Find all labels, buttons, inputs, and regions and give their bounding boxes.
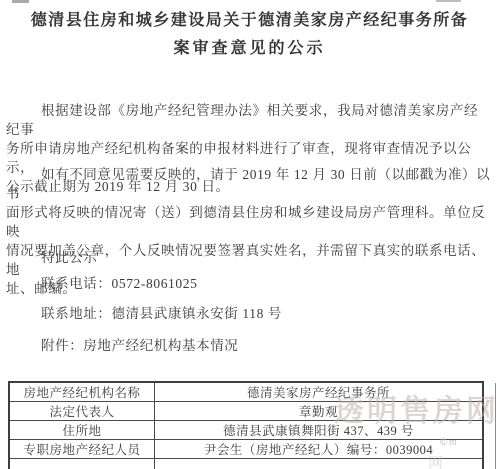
closing-statement: 特此公示: [41, 246, 97, 266]
table-row: 专职房地产经纪人员 尹会生（房地产经纪人）编号：0039004: [9, 440, 483, 459]
cell-value-empty: [155, 459, 484, 469]
paragraph-line: 如有不同意见需要反映的，请于 2019 年 12 月 30 日前（以邮戳为准）以…: [6, 165, 492, 203]
page-title-line1: 德清县住房和城乡建设局关于德清美家房产经纪事务所备: [0, 7, 499, 35]
agency-info-table: 房地产经纪机构名称 德清美家房产经纪事务所 法定代表人 章勤观 住所地 德清县武…: [8, 381, 484, 469]
paragraph-line: 面形式将反映的情况寄（送）到德清县住房和城乡建设局房产管理科。单位反映: [6, 203, 492, 241]
cell-label-empty: [9, 459, 155, 469]
cell-value-legal-representative: 章勤观: [155, 402, 484, 421]
notice-page: 德清县住房和城乡建设局关于德清美家房产经纪事务所备 案审查意见的公示 根据建设部…: [0, 0, 499, 469]
contact-address-line: 联系地址：德清县武康镇永安街 118 号: [41, 302, 282, 322]
scan-artifact-top-right: [436, 0, 461, 2]
page-edge-line: [495, 383, 496, 469]
cell-value-domicile: 德清县武康镇舞阳街 437、439 号: [155, 421, 484, 440]
page-title-line2: 案审查意见的公示: [0, 35, 499, 63]
contact-phone-line: 联系电话：0572-8061025: [41, 272, 197, 292]
cell-label-legal-representative: 法定代表人: [9, 402, 155, 421]
table-row: [9, 459, 483, 469]
page-title: 德清县住房和城乡建设局关于德清美家房产经纪事务所备 案审查意见的公示: [0, 7, 499, 63]
table-row: 住所地 德清县武康镇舞阳街 437、439 号: [9, 421, 483, 440]
cell-label-full-time-agents: 专职房地产经纪人员: [9, 440, 155, 459]
attachment-line: 附件：房地产经纪机构基本情况: [41, 334, 238, 354]
cell-value-agency-name: 德清美家房产经纪事务所: [155, 382, 484, 402]
cell-label-agency-name: 房地产经纪机构名称: [9, 382, 155, 402]
cell-label-domicile: 住所地: [9, 421, 155, 440]
scan-artifact-top-left: [12, 0, 29, 3]
paragraph-line: 根据建设部《房地产经纪管理办法》相关要求，我局对德清美家房产经纪事: [6, 101, 492, 139]
cell-value-full-time-agents: 尹会生（房地产经纪人）编号：0039004: [155, 440, 484, 459]
table-row: 房地产经纪机构名称 德清美家房产经纪事务所: [9, 382, 483, 402]
table-row: 法定代表人 章勤观: [9, 402, 483, 421]
